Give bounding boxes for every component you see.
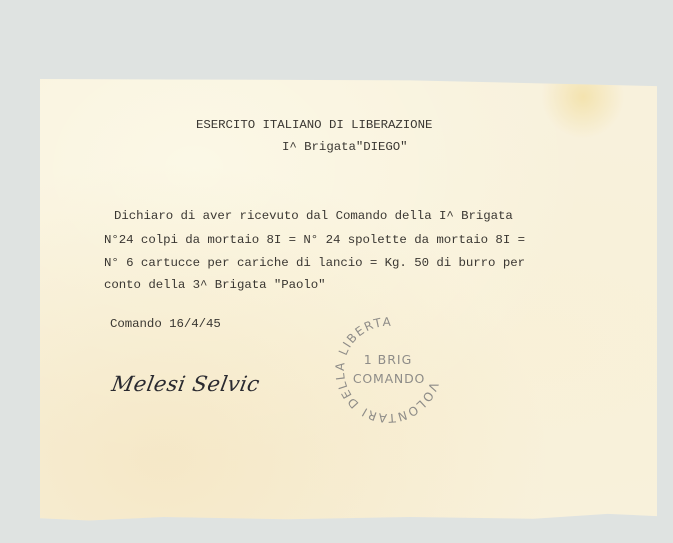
place-date: Comando 16/4/45 (110, 317, 221, 331)
body-line-1: Dichiaro di aver ricevuto dal Comando de… (114, 209, 513, 223)
official-stamp: VOLONTARI DELLA LIBERTA 1 BRIG COMANDO (330, 312, 446, 428)
body-line-4: conto della 3^ Brigata "Paolo" (104, 278, 326, 292)
handwritten-signature: Melesi Selvic (110, 372, 262, 396)
body-line-2: N°24 colpi da mortaio 8I = N° 24 spolett… (104, 233, 525, 247)
stamp-seal-icon: VOLONTARI DELLA LIBERTA 1 BRIG COMANDO (330, 312, 446, 428)
stamp-center-line1: 1 BRIG (364, 352, 413, 367)
header-subtitle: I^ Brigata"DIEGO" (282, 140, 408, 154)
stamp-ring-text: VOLONTARI DELLA LIBERTA (330, 312, 446, 428)
stamp-center-line2: COMANDO (353, 371, 425, 386)
header-title: ESERCITO ITALIANO DI LIBERAZIONE (196, 118, 432, 132)
body-line-3: N° 6 cartucce per cariche di lancio = Kg… (104, 256, 525, 270)
